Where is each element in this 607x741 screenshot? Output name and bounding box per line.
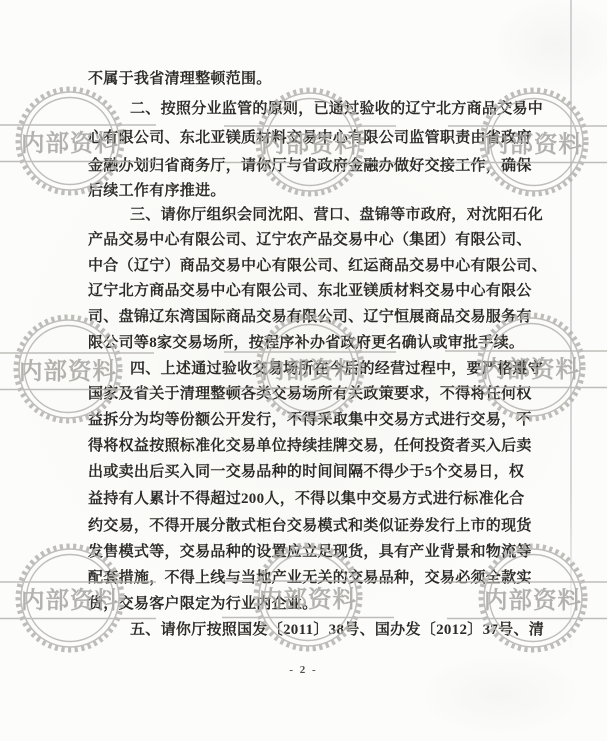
page-number: - 2 - [0,664,607,676]
stamp-label: 内部资料 [19,357,117,385]
scan-artifact-line [570,0,572,655]
document-line: 配套措施，不得上线与当地产业无关的交易品种，交易必须全款实 [88,566,532,590]
document-line: 中合（辽宁）商品交易中心有限公司、红运商品交易中心有限公司、 [88,254,547,278]
document-line: 限公司等8家交易场所，按程序补办省政府更名确认或审批手续。 [88,331,524,355]
document-line: 约交易，不得开展分散式柜台交易模式和类似证券发行上市的现货 [88,514,532,538]
document-line: 后续工作有序推进。 [88,179,226,203]
document-line: 三、请你厅组织会同沈阳、营口、盘锦等市政府，对沈阳石化 [130,203,543,227]
document-line: 司、盘锦辽东湾国际商品交易有限公司、辽宁恒展商品交易服务有 [88,305,532,329]
document-line: 益持有人累计不得超过200人，不得以集中交易方式进行标准化合 [88,487,525,511]
document-line: 货，交易客户限定为行业内企业。 [88,592,318,616]
document-line: 益拆分为均等份额公开发行，不得采取集中交易方式进行交易，不 [88,408,532,432]
document-line: 五、请你厅按照国发〔2011〕38号、国办发〔2012〕37号、清 [130,618,544,642]
document-line: 产品交易中心有限公司、辽宁农产品交易中心（集团）有限公司、 [88,228,532,252]
document-line: 金融办划归省商务厅，请你厅与省政府金融办做好交接工作，确保 [88,154,532,178]
document-line: 国家及省关于清理整顿各类交易场所有关政策要求，不得将任何权 [88,382,532,406]
document-line: 二、按照分业监管的原则，已通过验收的辽宁北方商品交易中 [130,97,543,121]
document-line: 辽宁北方商品交易中心有限公司、东北亚镁质材料交易中心有限公 [88,279,532,303]
scanned-document-page: 不属于我省清理整顿范围。 二、按照分业监管的原则，已通过验收的辽宁北方商品交易中… [0,0,607,741]
document-line: 不属于我省清理整顿范围。 [88,67,272,91]
document-line: 四、上述通过验收交易场所在今后的经营过程中，要严格遵守 [130,357,543,381]
document-line: 出或卖出后买入同一交易品种的时间间隔不得少于5个交易日，权 [88,460,524,484]
document-line: 得将权益按照标准化交易单位持续挂牌交易，任何投资者买入后卖 [88,434,532,458]
document-line: 发售模式等，交易品种的设置应立足现货，具有产业背景和物流等 [88,540,532,564]
document-line: 心有限公司、东北亚镁质材料交易中心有限公司监管职责由省政府 [88,126,532,150]
stamp-label: 内部资料 [484,586,582,614]
